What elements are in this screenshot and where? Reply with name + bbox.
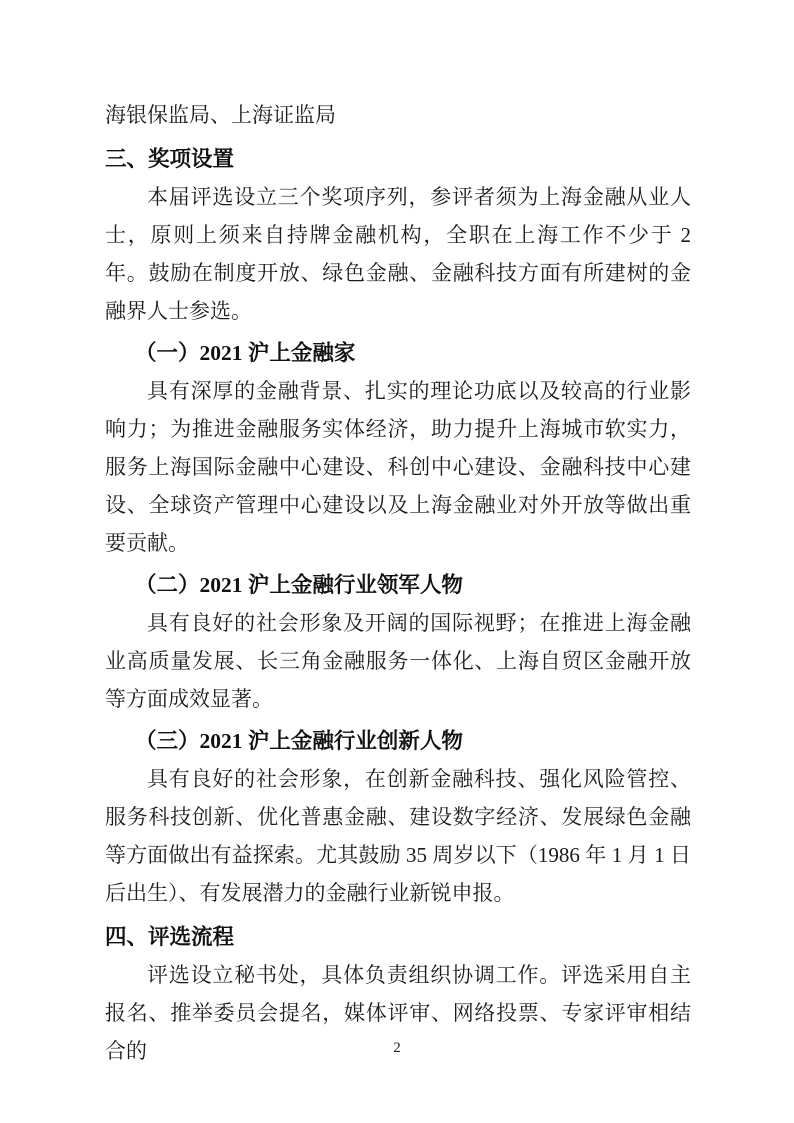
document-page: 海银保监局、上海证监局 三、奖项设置 本届评选设立三个奖项序列，参评者须为上海金… (0, 0, 794, 1123)
award-2-heading: （二）2021 沪上金融行业领军人物 (105, 566, 691, 604)
award-1-description: 具有深厚的金融背景、扎实的理论功底以及较高的行业影响力；为推进金融服务实体经济，… (105, 372, 691, 562)
page-content: 海银保监局、上海证监局 三、奖项设置 本届评选设立三个奖项序列，参评者须为上海金… (105, 96, 691, 1070)
award-2-description: 具有良好的社会形象及开阔的国际视野；在推进上海金融业高质量发展、长三角金融服务一… (105, 604, 691, 718)
award-3-heading: （三）2021 沪上金融行业创新人物 (105, 722, 691, 760)
award-3-description: 具有良好的社会形象，在创新金融科技、强化风险管控、服务科技创新、优化普惠金融、建… (105, 760, 691, 912)
award-1-heading: （一）2021 沪上金融家 (105, 334, 691, 372)
section-process-heading: 四、评选流程 (105, 918, 691, 956)
section-awards-intro: 本届评选设立三个奖项序列，参评者须为上海金融从业人士，原则上须来自持牌金融机构，… (105, 178, 691, 330)
continuation-text: 海银保监局、上海证监局 (105, 96, 691, 134)
section-awards-heading: 三、奖项设置 (105, 140, 691, 178)
page-number: 2 (0, 1038, 794, 1058)
